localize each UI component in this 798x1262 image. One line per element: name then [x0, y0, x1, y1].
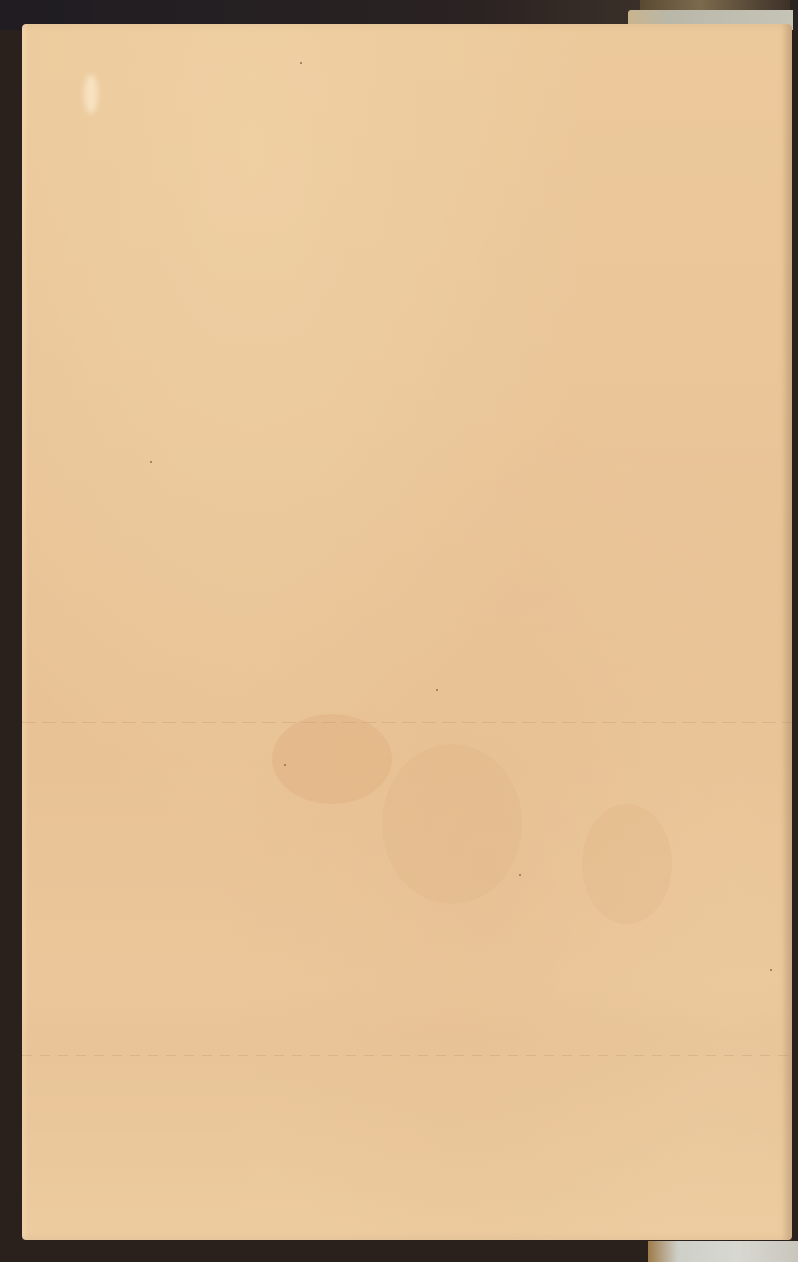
- paper-speck: [284, 764, 286, 766]
- blank-paper-page: [22, 24, 792, 1240]
- fold-crease: [22, 1055, 792, 1056]
- paper-speck: [436, 689, 438, 691]
- fold-crease: [22, 722, 792, 723]
- scanned-page-image: [0, 0, 798, 1262]
- foxing-stain: [582, 804, 672, 924]
- paper-speck: [150, 461, 152, 463]
- paper-speck: [770, 969, 772, 971]
- foxing-stain: [382, 744, 522, 904]
- paper-speck: [300, 62, 302, 64]
- paper-speck: [519, 874, 521, 876]
- paper-discoloration-band: [22, 984, 792, 1240]
- underlying-page-edge-bottom: [648, 1241, 798, 1262]
- foxing-stain: [272, 714, 392, 804]
- paper-glare: [84, 74, 98, 114]
